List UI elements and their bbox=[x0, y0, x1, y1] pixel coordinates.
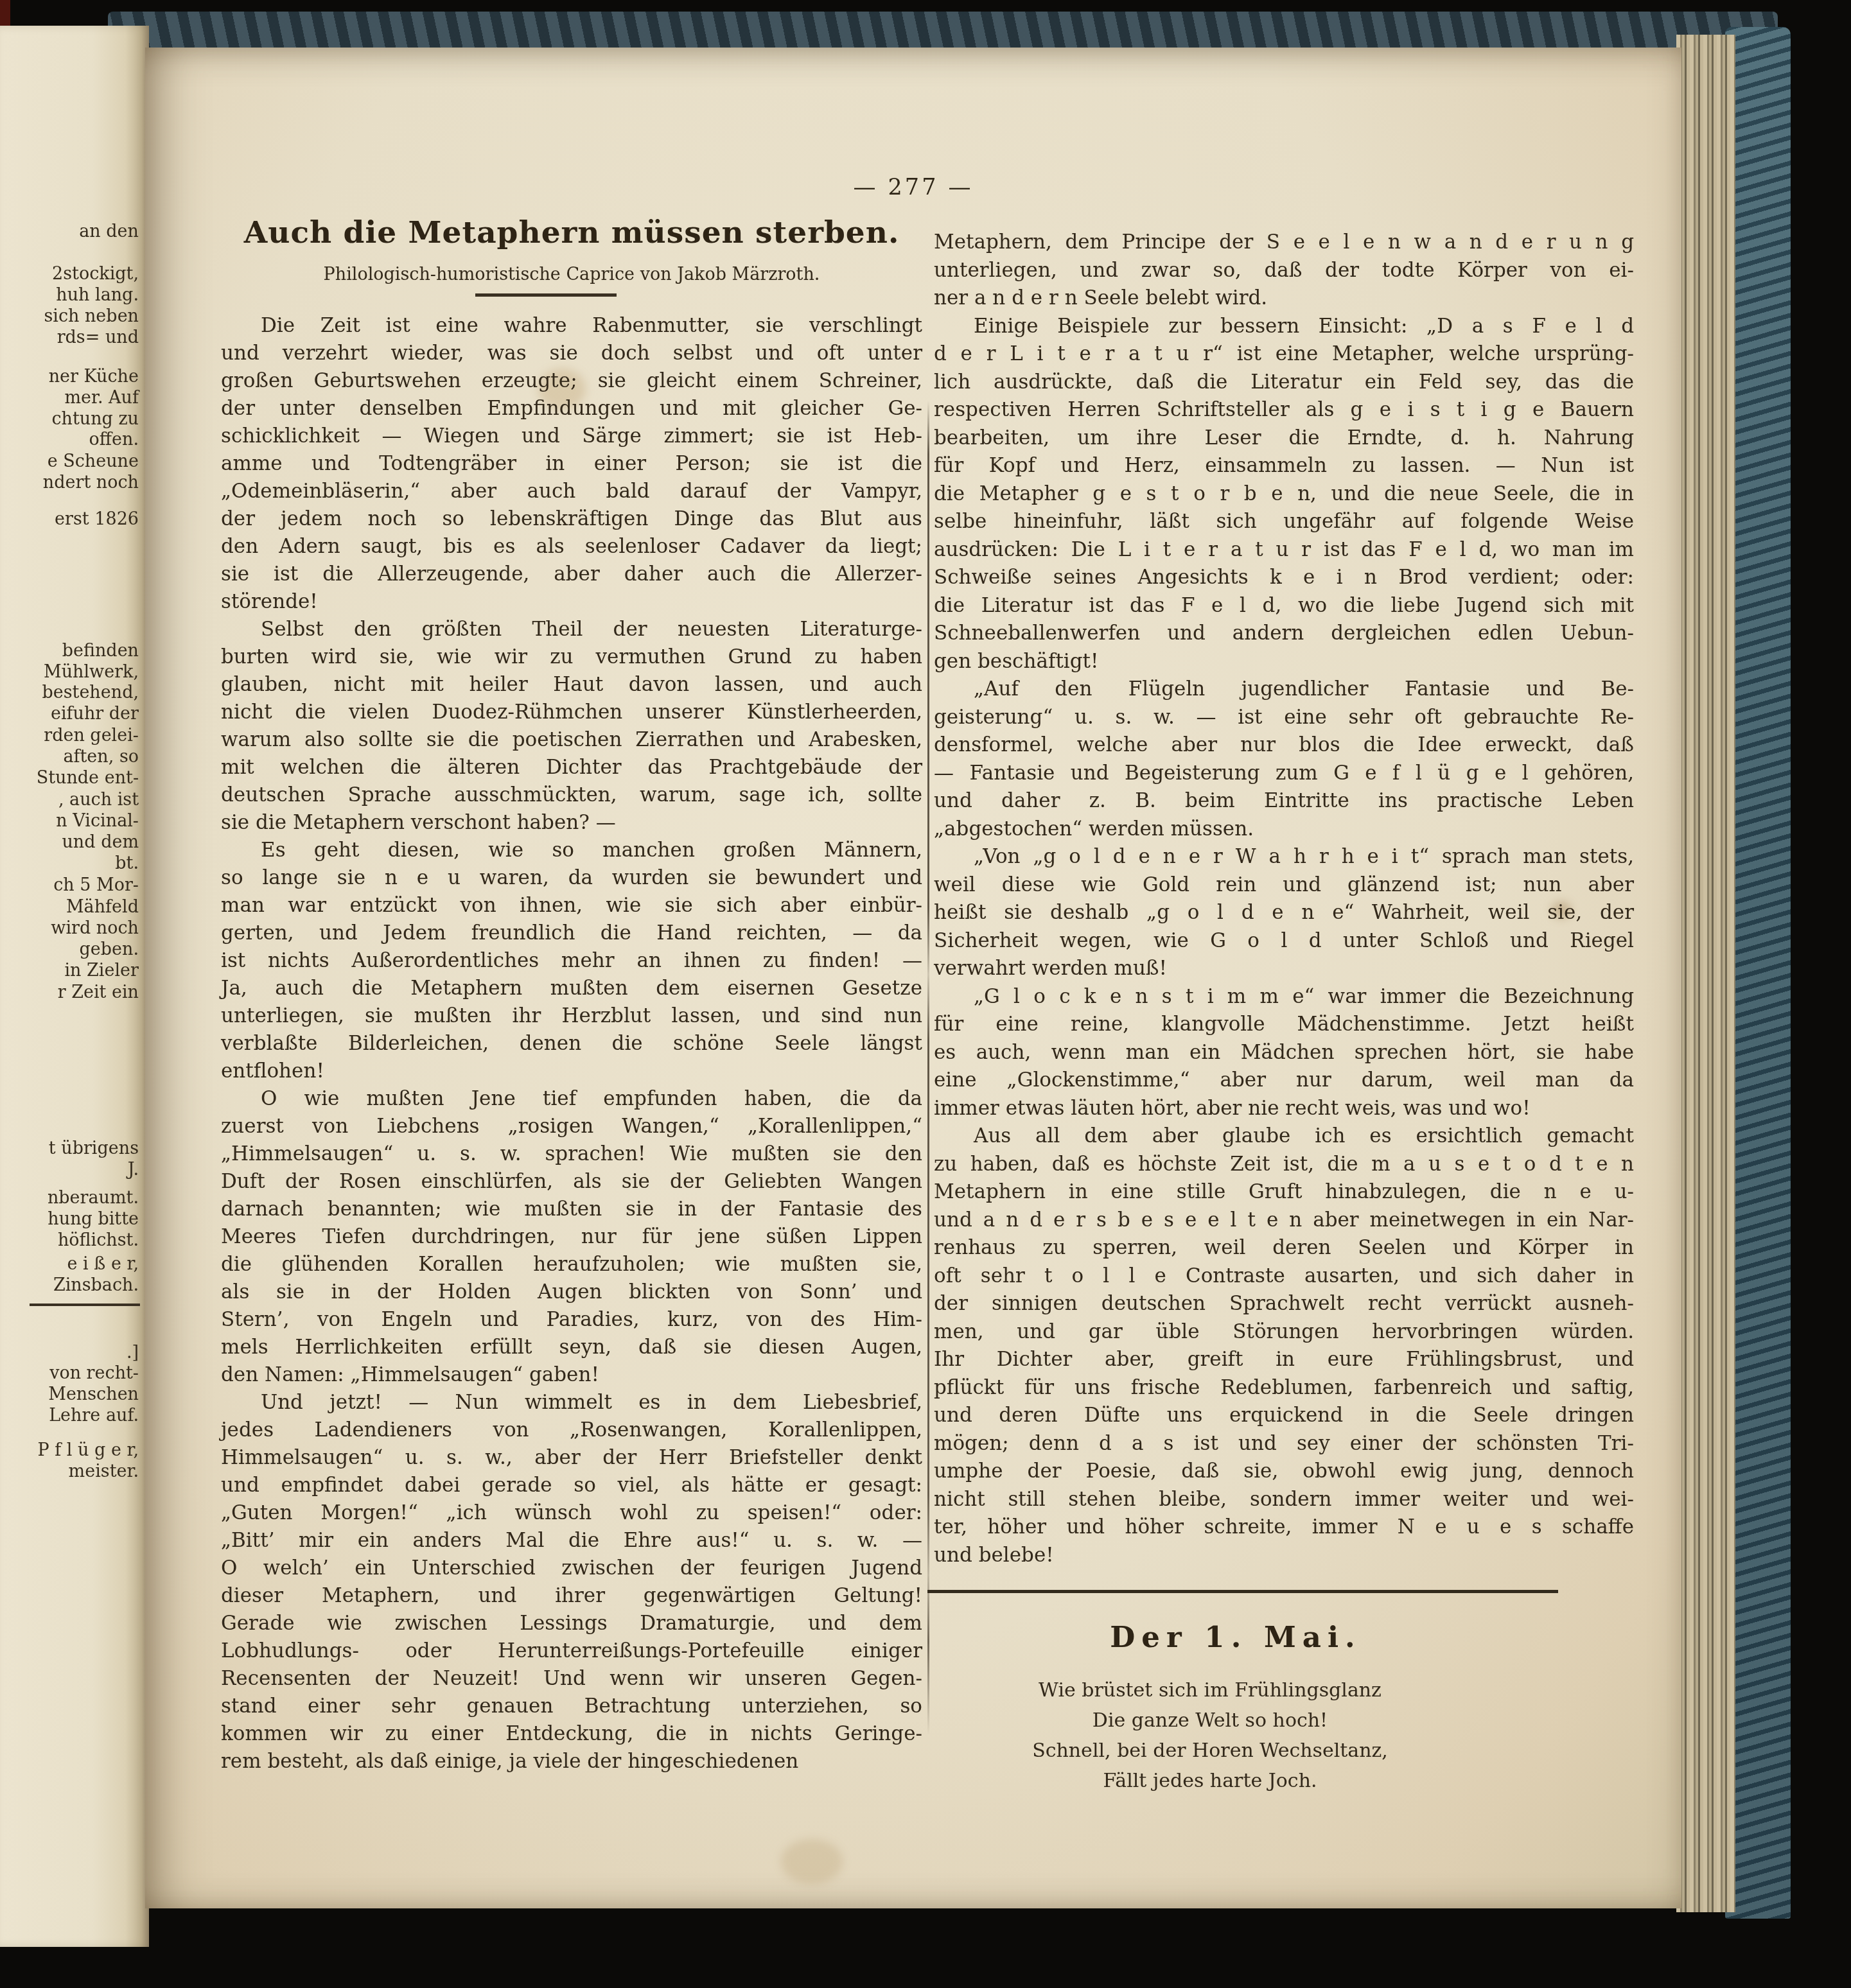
fragment-line: e i ß e r, bbox=[67, 1254, 139, 1274]
text-line: und belebe! bbox=[934, 1542, 1634, 1570]
fragment-line: bestehend, bbox=[42, 683, 139, 702]
text-line: glauben, nicht mit heiler Haut davon las… bbox=[221, 671, 922, 699]
right-column-body: Metaphern, dem Principe der S e e l e n … bbox=[934, 229, 1634, 1569]
text-line: „Himmelsaugen“ u. s. w. sprachen! Wie mu… bbox=[221, 1140, 922, 1168]
text-line: ausdrücken: Die L i t e r a t u r ist da… bbox=[934, 536, 1634, 564]
text-line: unterliegen, sie mußten ihr Herzblut las… bbox=[221, 1002, 922, 1030]
text-line: der jedem noch so lebenskräftigen Dinge … bbox=[221, 505, 922, 533]
text-line: die glühenden Korallen heraufzuholen; wi… bbox=[221, 1251, 922, 1278]
text-line: Lobhudlungs- oder Herunterreißungs-Porte… bbox=[221, 1637, 922, 1665]
text-line: ist nichts Außerordentliches mehr an ihn… bbox=[221, 947, 922, 975]
text-line: stand einer sehr genauen Betrachtung unt… bbox=[221, 1693, 922, 1720]
text-line: so lange sie n e u waren, da wurden sie … bbox=[221, 864, 922, 892]
paragraph: „Von „g o l d e n e r W a h r h e i t“ s… bbox=[934, 843, 1634, 983]
text-line: oft sehr t o l l e Contraste ausarten, u… bbox=[934, 1262, 1634, 1291]
text-line: „Guten Morgen!“ „ich wünsch wohl zu spei… bbox=[221, 1499, 922, 1527]
text-line: Aus all dem aber glaube ich es ersichtli… bbox=[934, 1122, 1634, 1151]
fragment-line: Mühlwerk, bbox=[44, 662, 139, 682]
text-line: „Von „g o l d e n e r W a h r h e i t“ s… bbox=[934, 843, 1634, 871]
text-line: zuerst von Liebchens „rosigen Wangen,“ „… bbox=[221, 1113, 922, 1140]
text-line: amme und Todtengräber in einer Person; s… bbox=[221, 450, 922, 478]
fragment-line: sich neben bbox=[44, 306, 139, 326]
text-line: und deren Düfte uns erquickend in die Se… bbox=[934, 1402, 1634, 1430]
fragment-line: eifuhr der bbox=[51, 704, 139, 724]
left-column-body: Die Zeit ist eine wahre Rabenmutter, sie… bbox=[221, 312, 922, 1775]
text-line: störende! bbox=[221, 588, 922, 616]
text-line: Gerade wie zwischen Lessings Dramaturgie… bbox=[221, 1610, 922, 1637]
text-line: pflückt für uns frische Redeblumen, farb… bbox=[934, 1374, 1634, 1402]
text-line: bearbeiten, um ihre Leser die Erndte, d.… bbox=[934, 424, 1634, 453]
text-line: heißt sie deshalb „g o l d e n e“ Wahrhe… bbox=[934, 899, 1634, 927]
right-column: Metaphern, dem Principe der S e e l e n … bbox=[934, 229, 1634, 1796]
text-line: Die Zeit ist eine wahre Rabenmutter, sie… bbox=[221, 312, 922, 340]
text-line: Recensenten der Neuzeit! Und wenn wir un… bbox=[221, 1665, 922, 1693]
article-title: Auch die Metaphern müssen sterben. bbox=[221, 216, 922, 250]
subtitle-rule bbox=[475, 293, 617, 297]
fragment-line: ch 5 Mor- bbox=[53, 875, 139, 895]
text-line: mit welchen die älteren Dichter das Prac… bbox=[221, 754, 922, 781]
fragment-line: Menschen bbox=[48, 1384, 139, 1404]
paragraph: Die Zeit ist eine wahre Rabenmutter, sie… bbox=[221, 312, 922, 616]
text-line: jedes Ladendieners von „Rosenwangen, Kor… bbox=[221, 1417, 922, 1444]
text-line: Sicherheit wegen, wie G o l d unter Schl… bbox=[934, 927, 1634, 955]
paragraph: „G l o c k e n s t i m m e“ war immer di… bbox=[934, 983, 1634, 1123]
text-line: „G l o c k e n s t i m m e“ war immer di… bbox=[934, 983, 1634, 1011]
fragment-line: e Scheune bbox=[48, 451, 139, 471]
left-column: Auch die Metaphern müssen sterben. Philo… bbox=[221, 216, 922, 1775]
text-line: Schneeballenwerfen und andern dergleiche… bbox=[934, 620, 1634, 648]
poem-line: Schnell, bei der Horen Wechseltanz, bbox=[934, 1736, 1486, 1766]
text-line: Schweiße seines Angesichts k e i n Brod … bbox=[934, 564, 1634, 592]
text-line: der unter denselben Empfindungen und mit… bbox=[221, 395, 922, 423]
fragment-line: ner Küche bbox=[49, 367, 139, 387]
paragraph: Selbst den größten Theil der neuesten Li… bbox=[221, 616, 922, 837]
text-line: nicht die vielen Duodez-Rühmchen unserer… bbox=[221, 699, 922, 726]
fragment-line: wird noch bbox=[51, 918, 139, 938]
text-line: „abgestochen“ werden müssen. bbox=[934, 815, 1634, 844]
text-line: d e r L i t e r a t u r“ ist eine Metaph… bbox=[934, 340, 1634, 369]
fragment-line: J. bbox=[128, 1160, 139, 1180]
article-subtitle: Philologisch-humoristische Caprice von J… bbox=[221, 265, 922, 284]
text-line: sie ist die Allerzeugende, aber daher au… bbox=[221, 561, 922, 588]
text-line: und empfindet dabei gerade so viel, als … bbox=[221, 1472, 922, 1499]
text-line: men, und gar üble Störungen hervorbringe… bbox=[934, 1318, 1634, 1347]
text-line: Selbst den größten Theil der neuesten Li… bbox=[221, 616, 922, 643]
text-line: zu haben, daß es höchste Zeit ist, die m… bbox=[934, 1151, 1634, 1179]
text-line: gen beschäftigt! bbox=[934, 648, 1634, 676]
fragment-line: in Zieler bbox=[64, 961, 139, 981]
text-line: lich ausdrückte, daß die Literatur ein F… bbox=[934, 369, 1634, 397]
text-line: darnach benannten; wie mußten sie in der… bbox=[221, 1196, 922, 1223]
page-edges-stack bbox=[1676, 35, 1735, 1912]
text-line: „Bitt’ mir ein anders Mal die Ehre aus!“… bbox=[221, 1527, 922, 1555]
section-divider-rule bbox=[927, 1590, 1558, 1593]
text-line: Und jetzt! — Nun wimmelt es in dem Liebe… bbox=[221, 1389, 922, 1417]
fragment-line: r Zeit ein bbox=[58, 982, 139, 1002]
text-line: den Adern saugt, bis es als seelenloser … bbox=[221, 533, 922, 561]
paragraph: O wie mußten Jene tief empfunden haben, … bbox=[221, 1085, 922, 1389]
text-line: für Kopf und Herz, einsammeln zu lassen.… bbox=[934, 452, 1634, 480]
text-line: respectiven Herren Schriftsteller als g … bbox=[934, 396, 1634, 424]
text-line: Ja, auch die Metaphern mußten dem eisern… bbox=[221, 975, 922, 1002]
fragment-line: an den bbox=[79, 222, 139, 241]
fragment-line: t übrigens bbox=[49, 1138, 139, 1158]
text-line: mels Herrlichkeiten erfüllt seyn, daß si… bbox=[221, 1334, 922, 1361]
paragraph: Metaphern, dem Principe der S e e l e n … bbox=[934, 229, 1634, 313]
text-line: unterliegen, und zwar so, daß der todte … bbox=[934, 257, 1634, 285]
fragment-line: bt. bbox=[115, 853, 139, 873]
poem-line: Die ganze Welt so hoch! bbox=[934, 1705, 1486, 1736]
paragraph: Einige Beispiele zur bessern Einsicht: „… bbox=[934, 313, 1634, 676]
text-line: die Metapher g e s t o r b e n, und die … bbox=[934, 480, 1634, 509]
text-line: — Fantasie und Begeisterung zum G e f l … bbox=[934, 760, 1634, 788]
text-line: warum also sollte sie die poetischen Zie… bbox=[221, 726, 922, 754]
fragment-line: Stunde ent- bbox=[37, 768, 139, 788]
text-line: gerten, und Jedem freundlich die Hand re… bbox=[221, 920, 922, 947]
page-number: — 277 — bbox=[145, 175, 1681, 200]
text-line: der sinnigen deutschen Sprachwelt recht … bbox=[934, 1290, 1634, 1318]
paragraph: Es geht diesen, wie so manchen großen Mä… bbox=[221, 837, 922, 1085]
fragment-line: von recht- bbox=[49, 1363, 139, 1383]
fragment-rule bbox=[30, 1304, 140, 1306]
text-line: man war entzückt von ihnen, wie sie sich… bbox=[221, 892, 922, 920]
text-line: umphe der Poesie, daß sie, obwohl ewig j… bbox=[934, 1458, 1634, 1486]
fragment-line: rden gelei- bbox=[44, 726, 139, 745]
text-line: „Auf den Flügeln jugendlicher Fantasie u… bbox=[934, 676, 1634, 704]
text-line: dieser Metaphern, und ihrer gegenwärtige… bbox=[221, 1582, 922, 1610]
text-line: Metaphern, dem Principe der S e e l e n … bbox=[934, 229, 1634, 257]
text-line: selbe hineinfuhr, läßt sich ungefähr auf… bbox=[934, 508, 1634, 536]
fragment-line: Lehre auf. bbox=[49, 1406, 139, 1426]
fragment-line: .] bbox=[127, 1343, 139, 1363]
fragment-line: P f l ü g e r, bbox=[38, 1440, 139, 1460]
fragment-line: ndert noch bbox=[43, 473, 139, 493]
fragment-line: Mähfeld bbox=[66, 897, 139, 917]
text-line: geisterung“ u. s. w. — ist eine sehr oft… bbox=[934, 704, 1634, 732]
text-line: „Odemeinbläserin,“ aber auch bald darauf… bbox=[221, 478, 922, 505]
previous-page-sliver: an den2stockigt,huh lang.sich nebenrds= … bbox=[0, 26, 149, 1947]
text-line: burten wird sie, wie wir zu vermuthen Gr… bbox=[221, 643, 922, 671]
text-line: verblaßte Bilderleichen, denen die schön… bbox=[221, 1030, 922, 1058]
fragment-line: , auch ist bbox=[58, 790, 139, 810]
text-line: für eine reine, klangvolle Mädchenstimme… bbox=[934, 1011, 1634, 1039]
section-title: Der 1. Mai. bbox=[934, 1621, 1538, 1653]
text-line: Stern’, von Engeln und Paradies, kurz, v… bbox=[221, 1306, 922, 1334]
fragment-line: 2stockigt, bbox=[52, 264, 139, 284]
paragraph: Aus all dem aber glaube ich es ersichtli… bbox=[934, 1122, 1634, 1569]
text-line: und a n d e r s b e s e e l t e n aber m… bbox=[934, 1207, 1634, 1235]
text-line: verwahrt werden muß! bbox=[934, 955, 1634, 983]
text-line: Ihr Dichter aber, greift in eure Frühlin… bbox=[934, 1346, 1634, 1374]
text-line: nicht still stehen bleibe, sondern immer… bbox=[934, 1486, 1634, 1514]
text-line: Es geht diesen, wie so manchen großen Mä… bbox=[221, 837, 922, 864]
text-line: Einige Beispiele zur bessern Einsicht: „… bbox=[934, 313, 1634, 341]
text-line: O welch’ ein Unterschied zwischen der fe… bbox=[221, 1555, 922, 1582]
fragment-line: huh lang. bbox=[56, 285, 139, 305]
text-line: die Literatur ist das F e l d, wo die li… bbox=[934, 592, 1634, 620]
text-line: und daher z. B. beim Eintritte ins pract… bbox=[934, 787, 1634, 815]
text-line: entflohen! bbox=[221, 1058, 922, 1085]
fragment-line: aften, so bbox=[63, 747, 139, 767]
text-line: mögen; denn d a s ist und sey einer der … bbox=[934, 1430, 1634, 1458]
fragment-line: höflichst. bbox=[58, 1230, 139, 1250]
fragment-line: n Vicinal- bbox=[56, 811, 139, 831]
fragment-line: befinden bbox=[62, 641, 139, 661]
fragment-line: und dem bbox=[62, 832, 139, 852]
text-line: Himmelsaugen“ u. s. w., aber der Herr Br… bbox=[221, 1444, 922, 1472]
text-line: ter, höher und höher schreite, immer N e… bbox=[934, 1513, 1634, 1542]
text-line: sie die Metaphern verschont haben? — bbox=[221, 809, 922, 837]
text-line: immer etwas läuten hört, aber nie recht … bbox=[934, 1095, 1634, 1123]
text-line: O wie mußten Jene tief empfunden haben, … bbox=[221, 1085, 922, 1113]
text-line: großen Geburtswehen erzeugte; sie gleich… bbox=[221, 367, 922, 395]
text-line: als sie in der Holden Augen blickten von… bbox=[221, 1278, 922, 1306]
paper-stain bbox=[781, 1839, 843, 1884]
text-line: und verzehrt wieder, was sie doch selbst… bbox=[221, 340, 922, 367]
text-line: schicklichkeit — Wiegen und Särge zimmer… bbox=[221, 423, 922, 450]
text-line: deutschen Sprache ausschmückten, warum, … bbox=[221, 781, 922, 809]
fragment-line: mer. Auf bbox=[64, 388, 139, 408]
text-line: rem besteht, als daß einige, ja viele de… bbox=[221, 1748, 922, 1775]
fragment-line: meister. bbox=[69, 1461, 139, 1481]
fragment-line: nberaumt. bbox=[48, 1188, 139, 1208]
fragment-line: geben. bbox=[80, 939, 139, 959]
poem-line: Fällt jedes harte Joch. bbox=[934, 1766, 1486, 1796]
fragment-line: hung bitte bbox=[48, 1209, 139, 1229]
text-line: kommen wir zu einer Entdeckung, die in n… bbox=[221, 1720, 922, 1748]
book-scan: an den2stockigt,huh lang.sich nebenrds= … bbox=[0, 0, 1851, 1988]
text-line: Metaphern in eine stille Gruft hinabzule… bbox=[934, 1178, 1634, 1207]
text-line: Meeres Tiefen durchdringen, nur für jene… bbox=[221, 1223, 922, 1251]
text-line: eine „Glockenstimme,“ aber nur darum, we… bbox=[934, 1067, 1634, 1095]
book-page: — 277 — Auch die Metaphern müssen sterbe… bbox=[145, 48, 1681, 1908]
paragraph: Und jetzt! — Nun wimmelt es in dem Liebe… bbox=[221, 1389, 922, 1775]
text-line: weil diese wie Gold rein und glänzend is… bbox=[934, 871, 1634, 900]
text-line: ner a n d e r n Seele belebt wird. bbox=[934, 284, 1634, 313]
paragraph: „Auf den Flügeln jugendlicher Fantasie u… bbox=[934, 676, 1634, 843]
text-line: renhaus zu sperren, weil deren Seelen un… bbox=[934, 1234, 1634, 1262]
fragment-line: chtung zu bbox=[51, 409, 139, 429]
text-line: densformel, welche aber nur blos die Ide… bbox=[934, 731, 1634, 760]
text-line: Duft der Rosen einschlürfen, als sie der… bbox=[221, 1168, 922, 1196]
poem: Wie brüstet sich im FrühlingsglanzDie ga… bbox=[934, 1675, 1486, 1796]
column-divider-rule bbox=[927, 401, 929, 1735]
text-line: es auch, wenn man ein Mädchen sprechen h… bbox=[934, 1039, 1634, 1067]
text-line: den Namen: „Himmelsaugen“ gaben! bbox=[221, 1361, 922, 1389]
fragment-line: rds= und bbox=[57, 327, 139, 347]
fragment-line: Zinsbach. bbox=[53, 1275, 139, 1295]
poem-line: Wie brüstet sich im Frühlingsglanz bbox=[934, 1675, 1486, 1705]
fragment-line: offen. bbox=[89, 430, 139, 449]
fragment-line: erst 1826 bbox=[55, 509, 139, 529]
